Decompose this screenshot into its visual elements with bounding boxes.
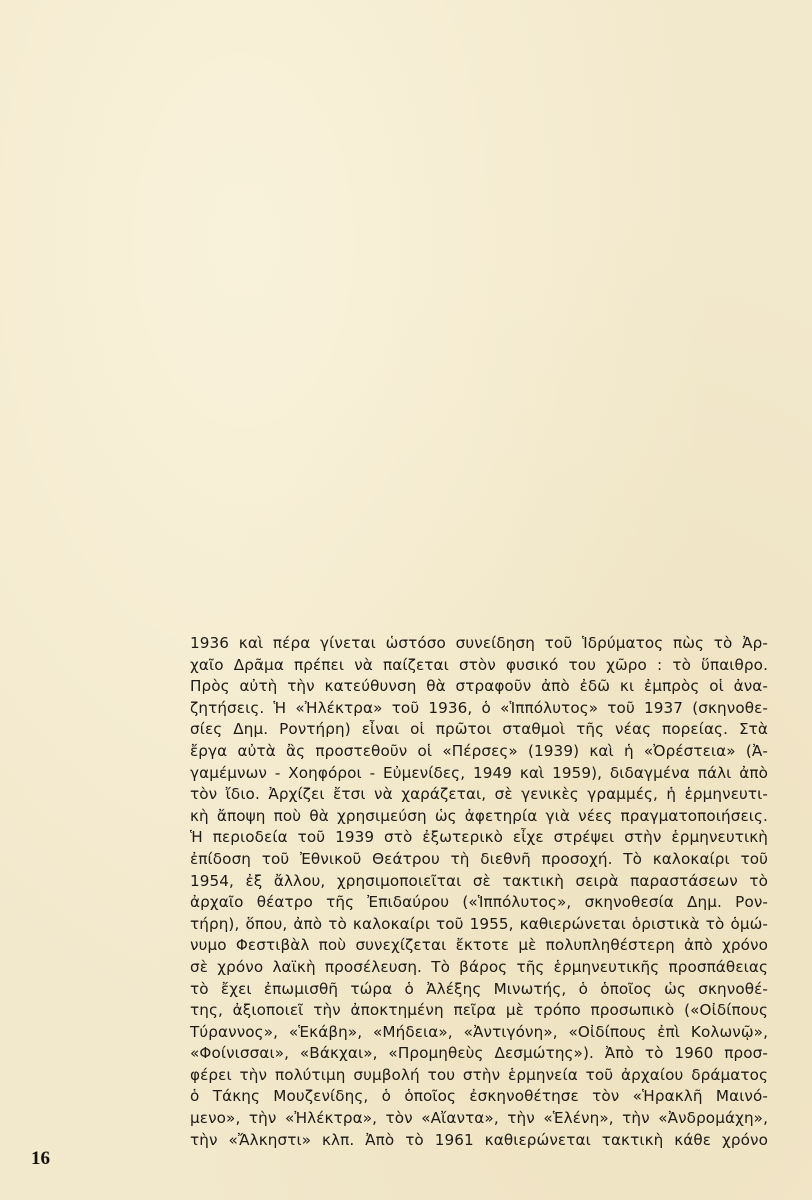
text-line: νυμο Φεστιβὰλ ποὺ συνεχίζεται ἔκτοτε μὲ … bbox=[190, 935, 768, 957]
text-line: ἔργα αὐτὰ ἂς προστεθοῦν οἱ «Πέρσες» (193… bbox=[190, 741, 768, 763]
text-line: της, ἀξιοποιεῖ τὴν ἀποκτημένη πεῖρα μὲ τ… bbox=[190, 1000, 768, 1022]
text-line: ἐπίδοση τοῦ Ἐθνικοῦ Θεάτρου τὴ διεθνῆ πρ… bbox=[190, 849, 768, 871]
text-line: ζητήσεις. Ἡ «Ἠλέκτρα» τοῦ 1936, ὁ «Ἱππόλ… bbox=[190, 698, 768, 720]
text-line: ὁ Τάκης Μουζενίδης, ὁ ὁποῖος ἐσκηνοθέτησ… bbox=[190, 1086, 768, 1108]
text-line: μενο», τὴν «Ἠλέκτρα», τὸν «Αἴαντα», τὴν … bbox=[190, 1108, 768, 1130]
text-line: ἀρχαῖο θέατρο τῆς Ἐπιδαύρου («Ἱππόλυτος»… bbox=[190, 892, 768, 914]
text-line: τήρη), ὅπου, ἀπὸ τὸ καλοκαίρι τοῦ 1955, … bbox=[190, 914, 768, 936]
text-line: κὴ ἄποψη ποὺ θὰ χρησιμεύση ὡς ἀφετηρία γ… bbox=[190, 806, 768, 828]
text-line: χαῖο Δρᾶμα πρέπει νὰ παίζεται στὸν φυσικ… bbox=[190, 655, 768, 677]
scanned-book-page: 1936 καὶ πέρα γίνεται ὡστόσο συνείδηση τ… bbox=[0, 0, 812, 1200]
text-line: 1936 καὶ πέρα γίνεται ὡστόσο συνείδηση τ… bbox=[190, 633, 768, 655]
text-line: τὸν ἴδιο. Ἀρχίζει ἔτσι νὰ χαράζεται, σὲ … bbox=[190, 784, 768, 806]
text-line: τὴν «Ἄλκηστι» κλπ. Ἀπὸ τὸ 1961 καθιερώνε… bbox=[190, 1130, 768, 1152]
text-line: Πρὸς αὐτὴ τὴν κατεύθυνση θὰ στραφοῦν ἀπὸ… bbox=[190, 676, 768, 698]
text-line: «Φοίνισσαι», «Βάκχαι», «Προμηθεὺς Δεσμώτ… bbox=[190, 1043, 768, 1065]
text-line: γαμέμνων - Χοηφόροι - Εὐμενίδες, 1949 κα… bbox=[190, 763, 768, 785]
text-line: Τύραννος», «Ἑκάβη», «Μήδεια», «Ἀντιγόνη»… bbox=[190, 1022, 768, 1044]
page-number: 16 bbox=[31, 1148, 50, 1170]
text-line: Ἡ περιοδεία τοῦ 1939 στὸ ἐξωτερικὸ εἶχε … bbox=[190, 827, 768, 849]
text-line: 1954, ἐξ ἄλλου, χρησιμοποιεῖται σὲ τακτι… bbox=[190, 871, 768, 893]
text-line: σίες Δημ. Ροντήρη) εἶναι οἱ πρῶτοι σταθμ… bbox=[190, 719, 768, 741]
text-line: σὲ χρόνο λαϊκὴ προσέλευση. Τὸ βάρος τῆς … bbox=[190, 957, 768, 979]
text-line: τὸ ἔχει ἐπωμισθῆ τώρα ὁ Ἀλέξης Μινωτής, … bbox=[190, 979, 768, 1001]
body-paragraph: 1936 καὶ πέρα γίνεται ὡστόσο συνείδηση τ… bbox=[190, 633, 768, 1151]
text-line: φέρει τὴν πολύτιμη συμβολή του στὴν ἑρμη… bbox=[190, 1065, 768, 1087]
